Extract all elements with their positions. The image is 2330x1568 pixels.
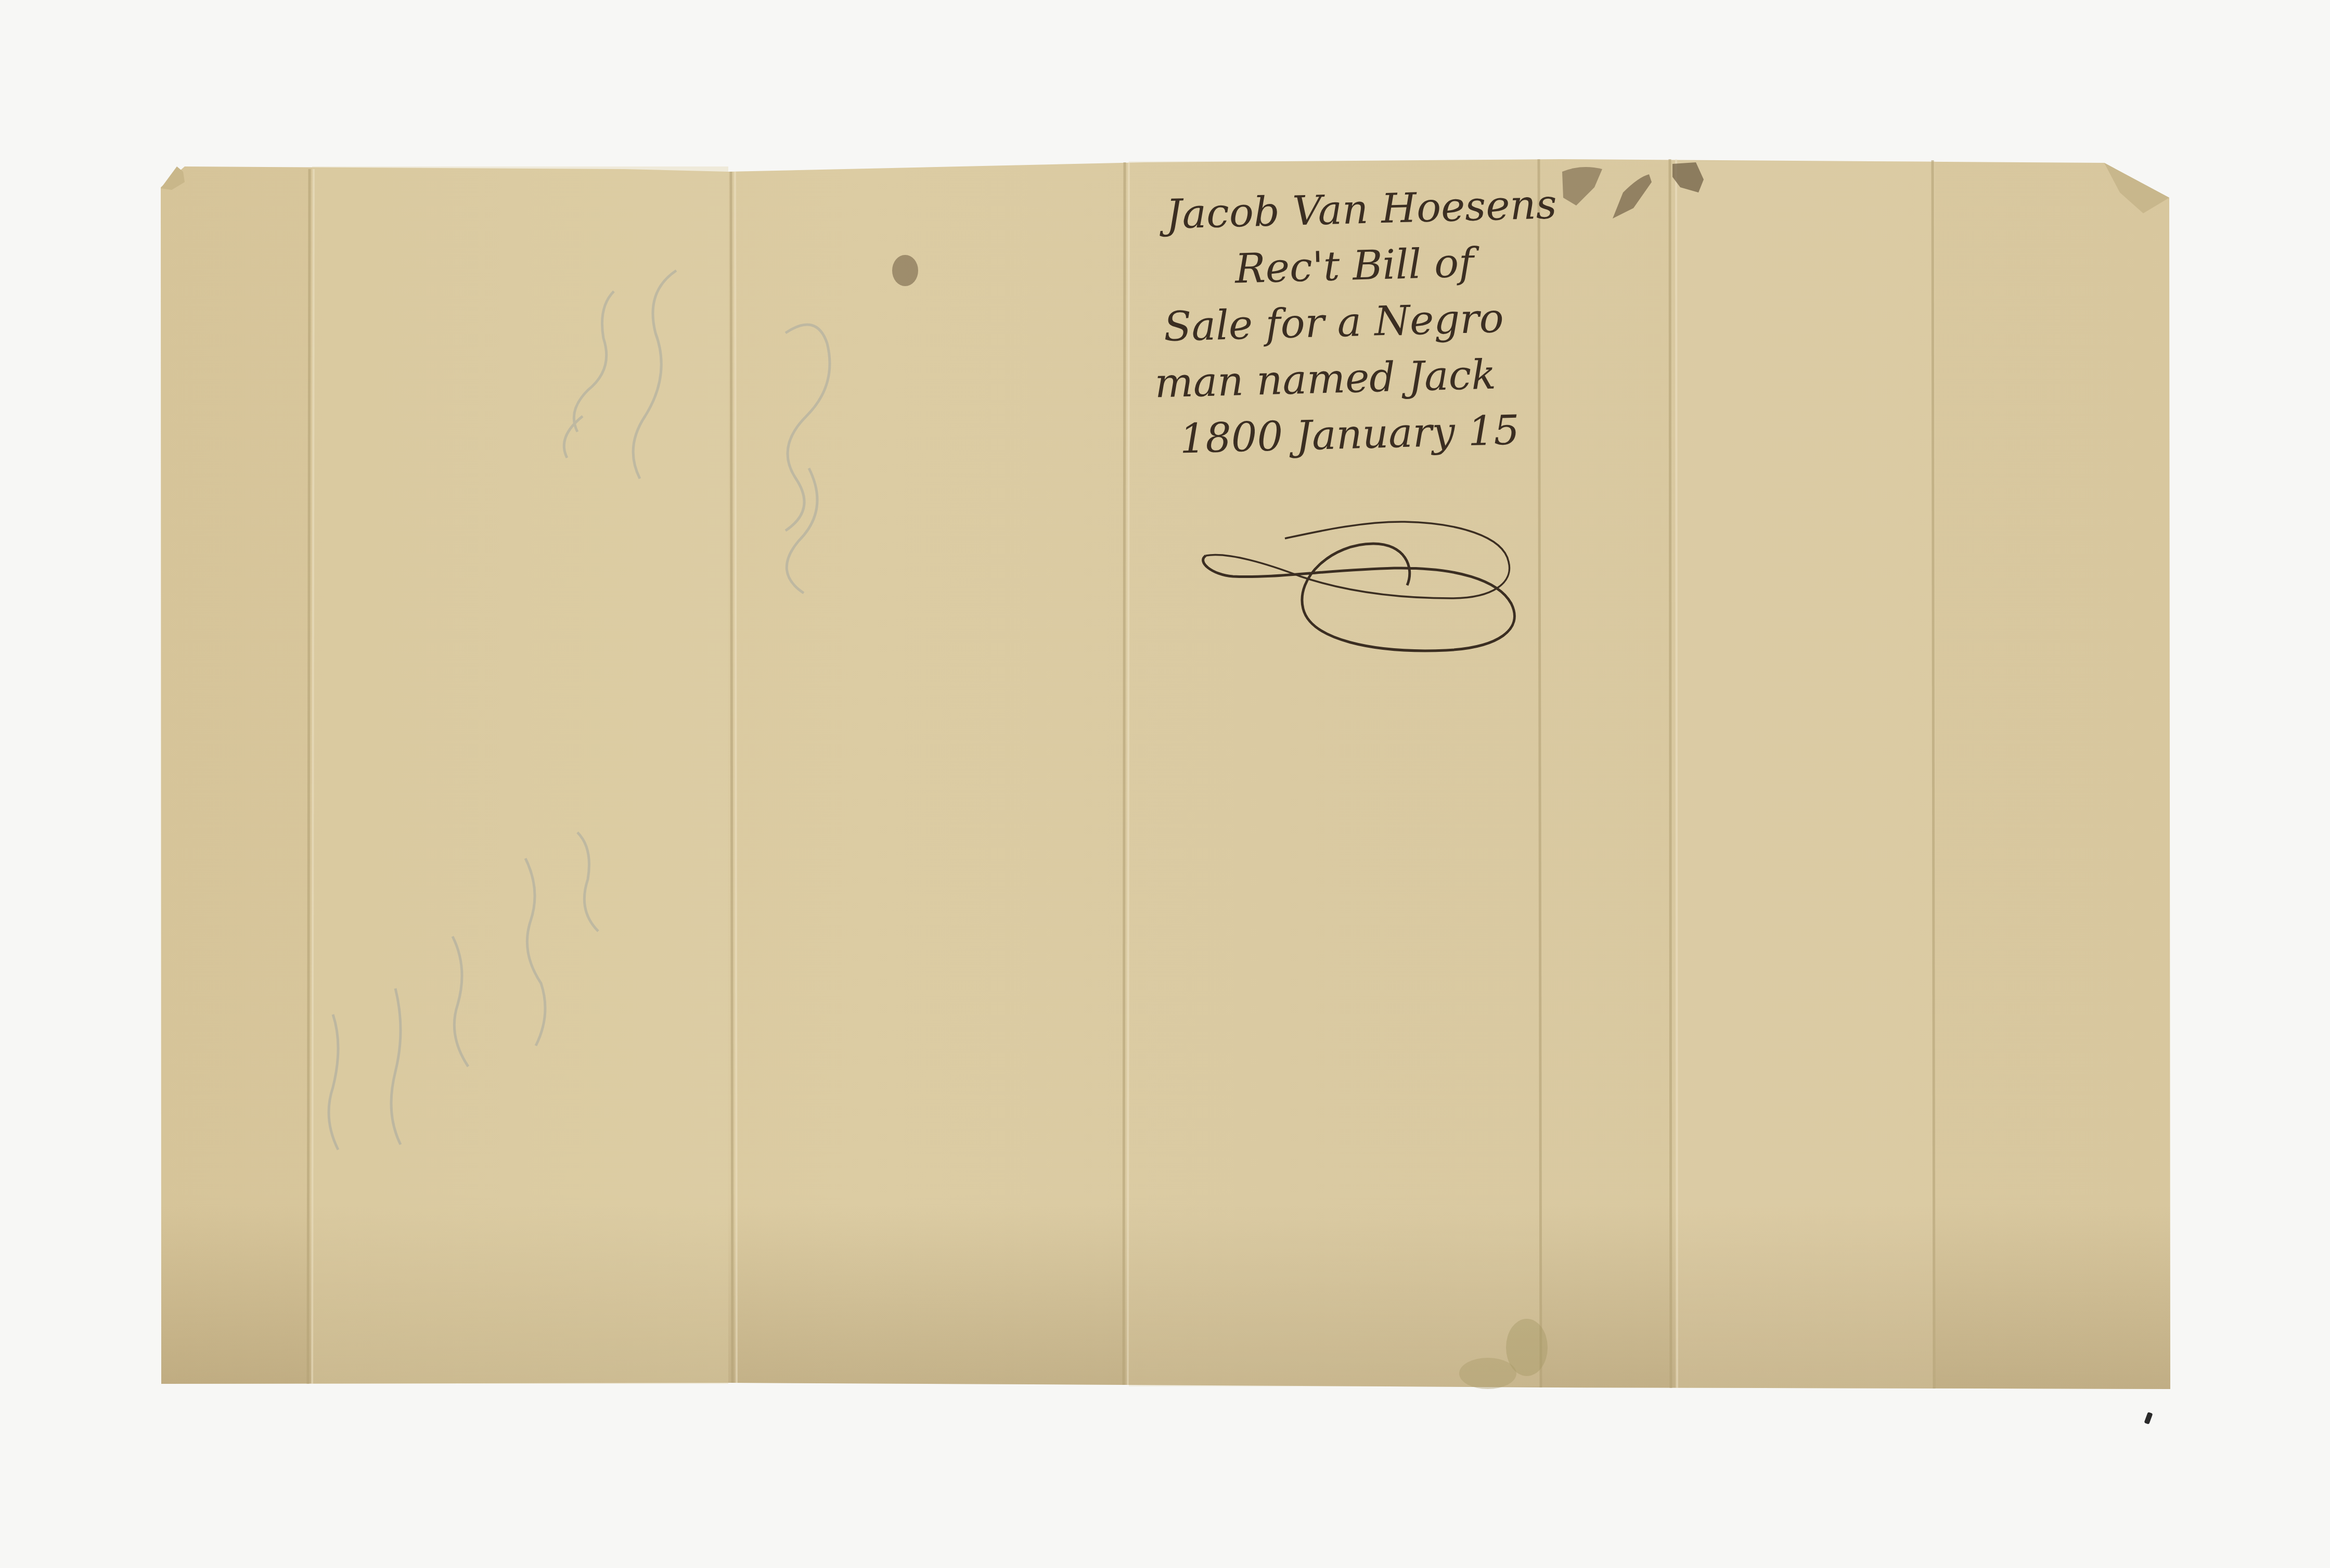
inscription-line-sale: Sale for a Negro (1148, 289, 1555, 356)
inscription-line-receipt: Rec't Bill of (1146, 233, 1553, 300)
inscription-line-man-named: man named Jack (1149, 345, 1556, 412)
inscription-line-date: 1800 January 15 (1150, 401, 1557, 468)
document-sheet: Jacob Van Hoesens Rec't Bill of Sale for… (0, 0, 2330, 1568)
inscription-line-name: Jacob Van Hoesens (1144, 177, 1552, 243)
docket-inscription: Jacob Van Hoesens Rec't Bill of Sale for… (1144, 177, 1557, 468)
